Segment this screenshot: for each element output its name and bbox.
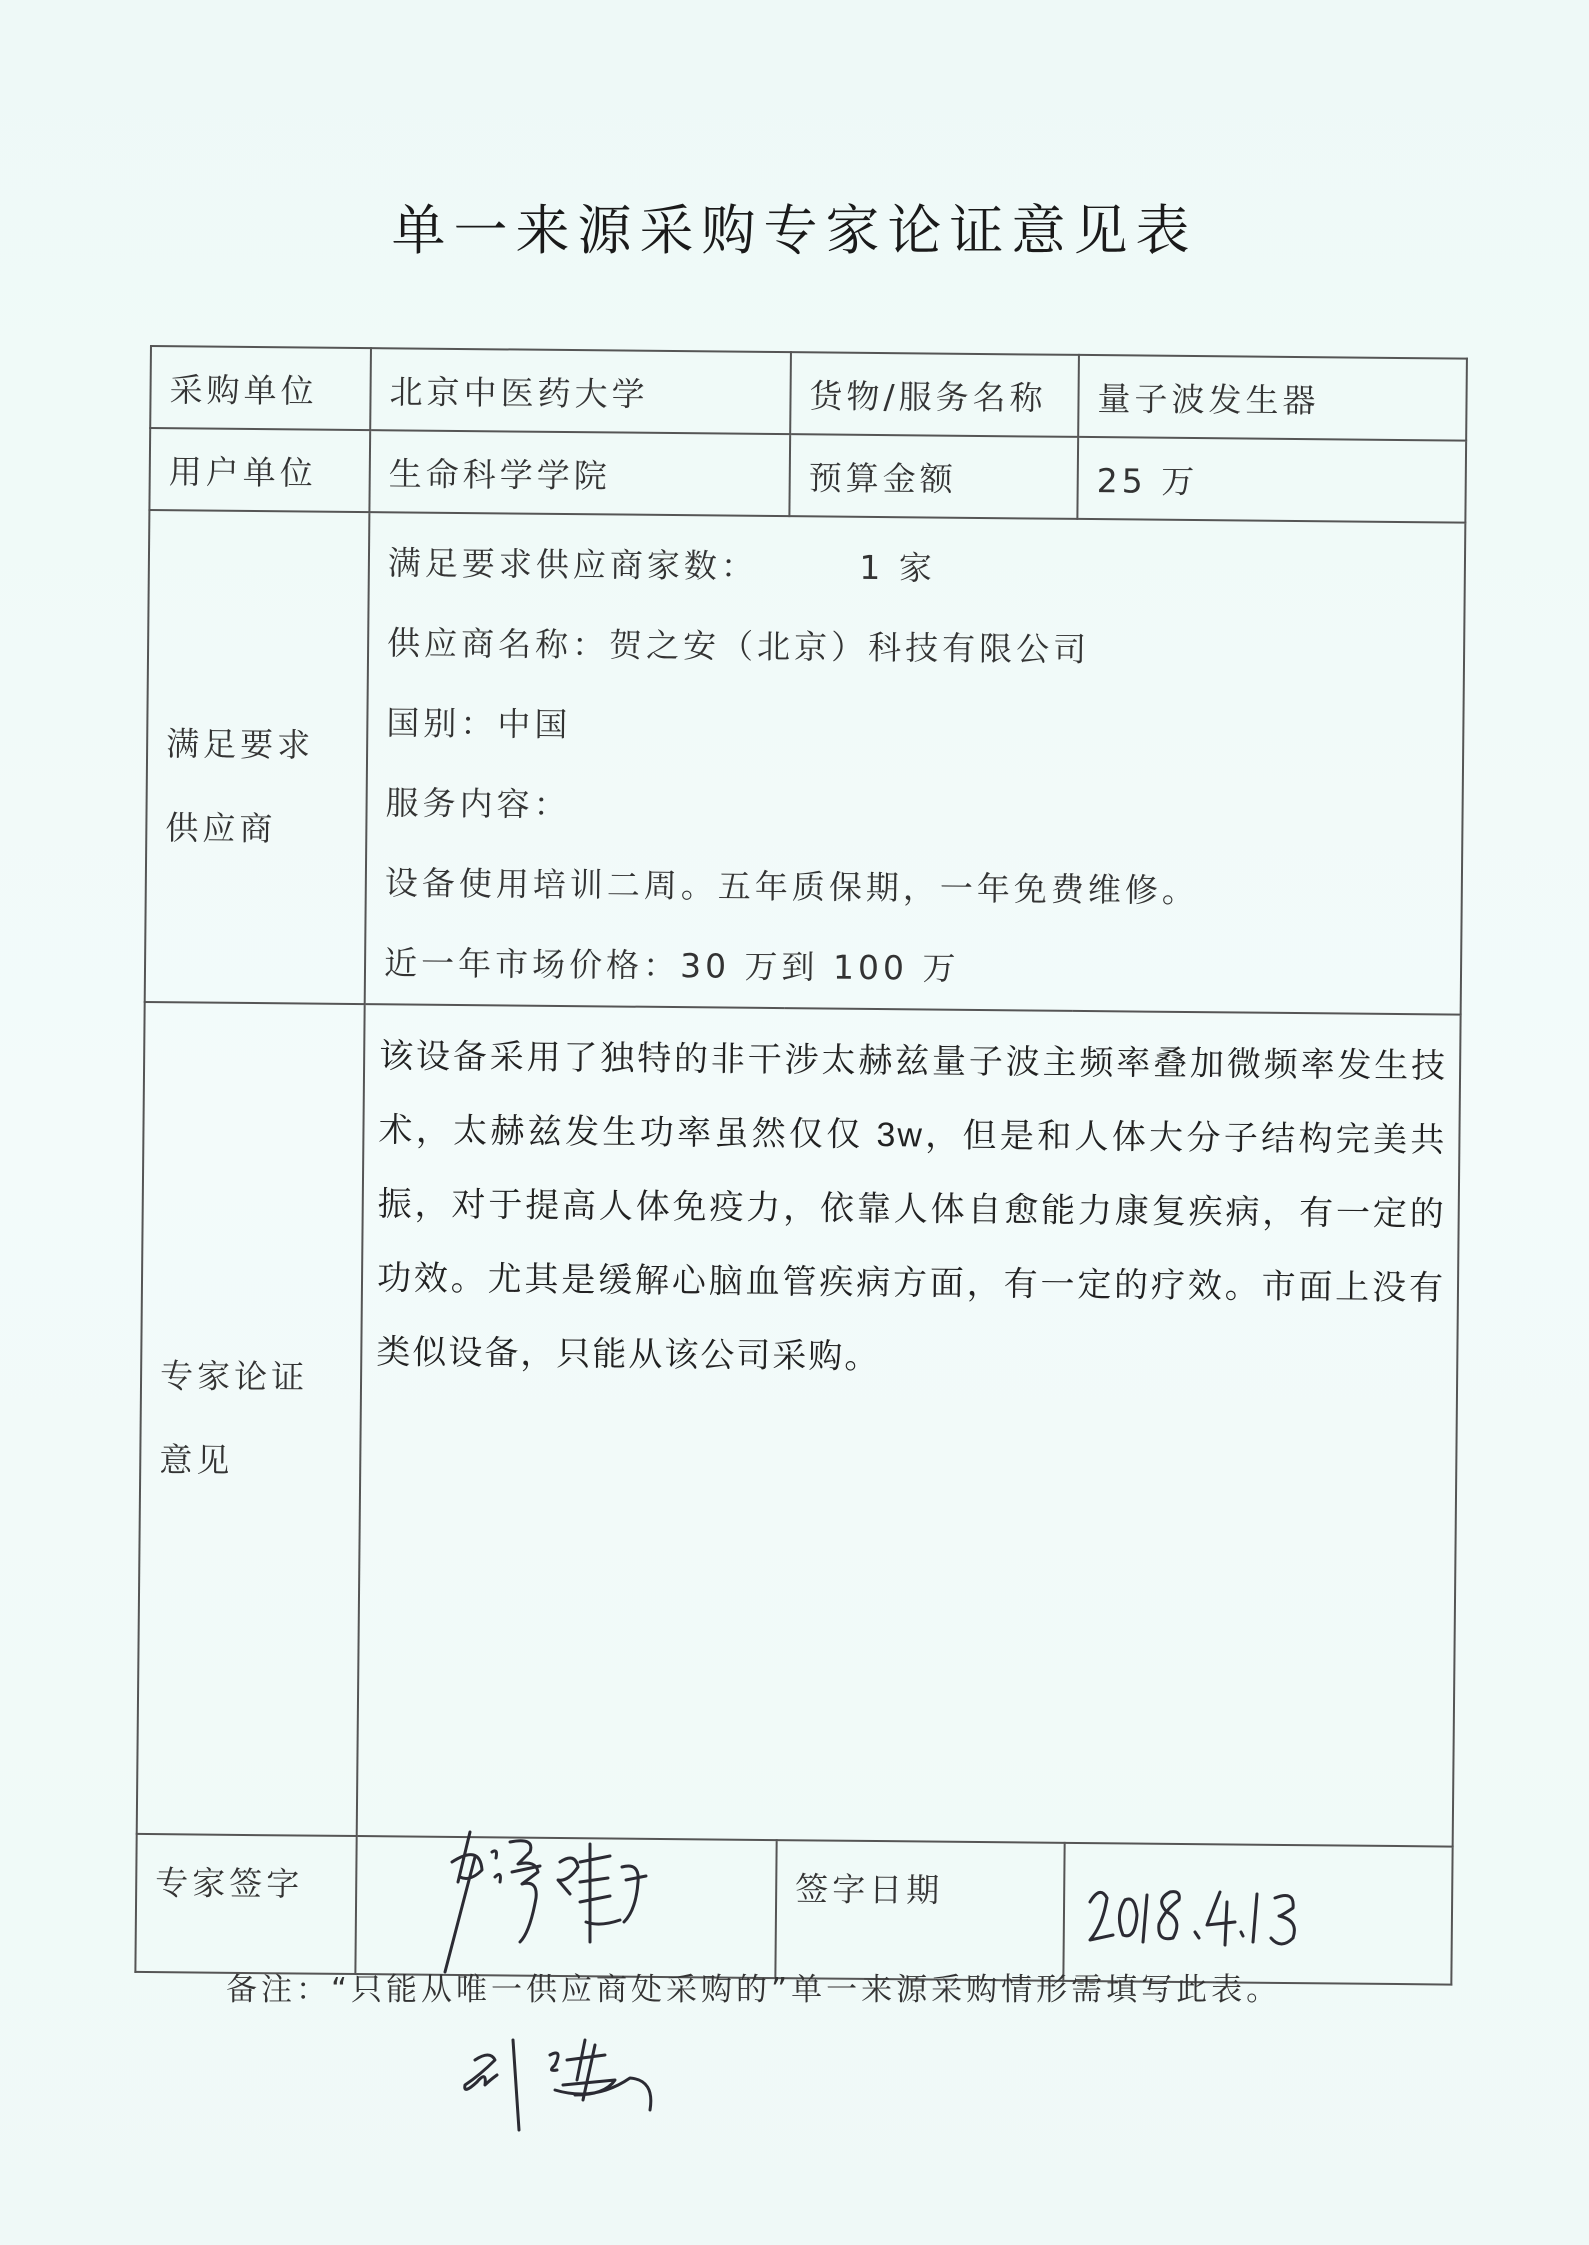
user-unit-label: 用户单位 [149,428,370,512]
opinion-content: 该设备采用了独特的非干涉太赫兹量子波主频率叠加微频率发生技术，太赫兹发生功率虽然… [357,1004,1461,1846]
opinion-label: 专家论证 意见 [137,1002,365,1836]
goods-value: 量子波发生器 [1078,355,1467,441]
table-row-opinion: 专家论证 意见 该设备采用了独特的非干涉太赫兹量子波主频率叠加微频率发生技术，太… [137,1002,1461,1847]
supplier-details: 满足要求供应商家数： 1 家 供应商名称：贺之安（北京）科技有限公司 国别：中国… [365,512,1466,1014]
expert-signature [440,1822,740,1976]
supplier-count: 满足要求供应商家数： 1 家 [388,523,1465,613]
supplier-label-line1: 满足要求 [166,702,367,788]
goods-label: 货物/服务名称 [790,352,1079,437]
budget-value: 25 万 [1077,437,1466,523]
supplier-country: 国别：中国 [386,683,1463,773]
budget-label: 预算金额 [789,434,1078,519]
table-row-user-unit: 用户单位 生命科学学院 预算金额 25 万 [149,428,1466,523]
opinion-label-line1: 专家论证 [160,1334,361,1420]
opinion-text: 该设备采用了独特的非干涉太赫兹量子波主频率叠加微频率发生技术，太赫兹发生功率虽然… [376,1019,1448,1399]
purchaser-value: 北京中医药大学 [370,348,791,434]
supplier-label-line2: 供应商 [165,786,366,872]
supplier-label: 满足要求 供应商 [145,510,370,1004]
bottom-signature [455,2040,675,2154]
page-title: 单一来源采购专家论证意见表 [0,188,1589,265]
market-price: 近一年市场价格：30 万到 100 万 [384,923,1461,1013]
service-content-value: 设备使用培训二周。五年质保期，一年免费维修。 [384,843,1461,933]
procurement-opinion-table: 采购单位 北京中医药大学 货物/服务名称 量子波发生器 用户单位 生命科学学院 … [134,345,1468,1986]
signature-label: 专家签字 [135,1834,356,1974]
purchaser-label: 采购单位 [150,346,371,430]
date-label: 签字日期 [775,1840,1064,1981]
table-row-supplier: 满足要求 供应商 满足要求供应商家数： 1 家 供应商名称：贺之安（北京）科技有… [145,510,1466,1015]
signature-date [1085,1880,1315,1964]
service-content-label: 服务内容： [385,763,1462,853]
opinion-label-line2: 意见 [159,1418,360,1504]
user-unit-value: 生命科学学院 [369,430,790,516]
footnote: 备注：“只能从唯一供应商处采购的”单一来源采购情形需填写此表。 [226,1964,1281,2009]
table-row-purchaser: 采购单位 北京中医药大学 货物/服务名称 量子波发生器 [150,346,1467,441]
supplier-name: 供应商名称：贺之安（北京）科技有限公司 [387,603,1464,693]
